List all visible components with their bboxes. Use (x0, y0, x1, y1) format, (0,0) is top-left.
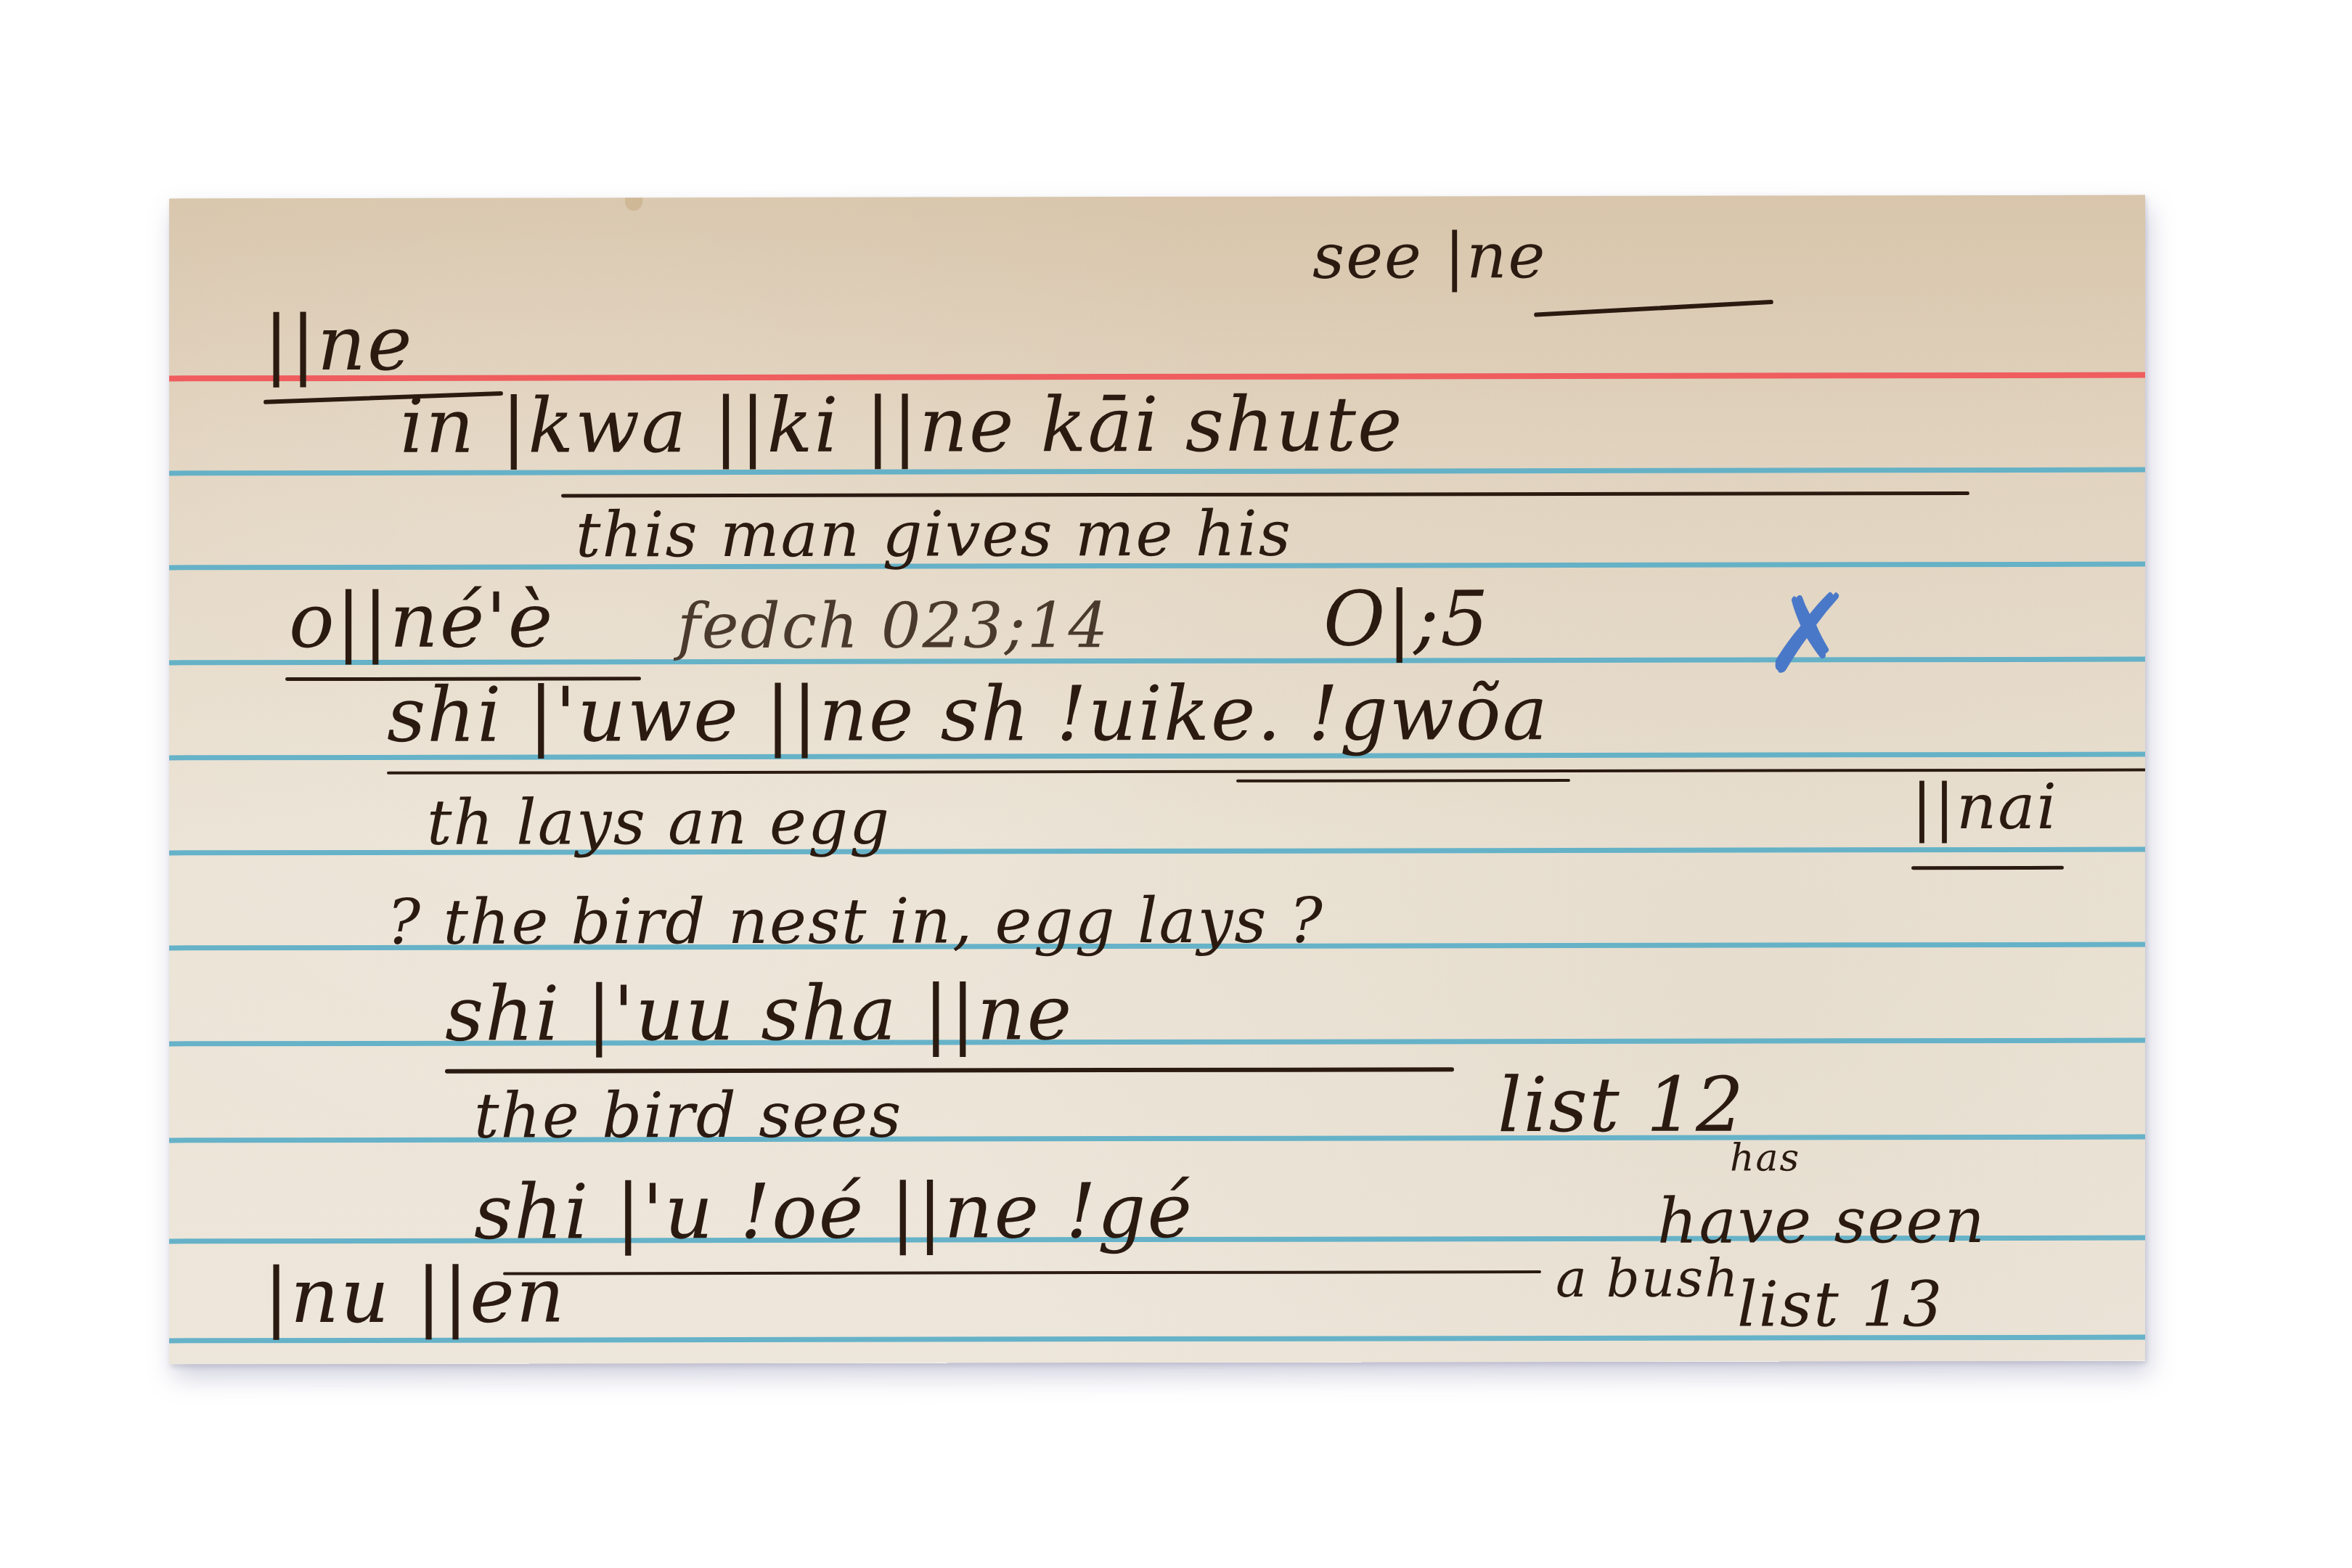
entry-line-5-side: ||nai (1911, 776, 2058, 838)
entry-line-9-underline (503, 1270, 1541, 1275)
entry-line-6: ? the bird nest in, egg lays ? (387, 890, 1324, 954)
index-card: see |ne ||ne in |kwa ||ki ||ne kāi shute… (169, 195, 2145, 1365)
cross-reference: see |ne (1312, 225, 1547, 288)
cross-reference-underline (1534, 300, 1773, 317)
entry-line-9: shi |'u !oé ||ne !gé (474, 1173, 1193, 1250)
entry-line-10: |nu ||en (264, 1257, 566, 1334)
entry-line-10-gloss: a bush (1556, 1252, 1740, 1304)
entry-line-9-translation: have seen (1657, 1190, 1986, 1253)
card-notch (625, 197, 642, 211)
entry-line-5-side-underline (1911, 866, 2064, 870)
entry-line-4-underline (387, 768, 2145, 774)
entry-line-10-ref: list 13 (1737, 1273, 1943, 1336)
entry-line-2: this man gives me his (576, 503, 1292, 567)
entry-line-1-underline (561, 491, 1969, 497)
entry-line-4: shi |'uwe ||ne sh !uike. !gwõa (387, 675, 1549, 753)
entry-line-9-superscript: has (1730, 1139, 1800, 1177)
entry-line-3-ref: O|;5 (1323, 581, 1490, 656)
blue-x-mark: ✗ (1763, 580, 1854, 689)
blue-rule (169, 1135, 2145, 1143)
entry-line-7-underline (445, 1067, 1454, 1073)
entry-line-8: the bird sees (474, 1085, 902, 1148)
entry-line-3-note: fedch 023;14 (677, 595, 1109, 658)
entry-line-1: in |kwa ||ki ||ne kāi shute (400, 386, 1404, 463)
entry-line-4-underline-2 (1236, 779, 1570, 783)
entry-line-3-word: o||né'è (289, 582, 554, 658)
entry-line-5: th lays an egg (427, 791, 891, 854)
entry-line-7: shi |'uu sha ||ne (445, 975, 1073, 1052)
entry-line-8-ref: list 12 (1498, 1067, 1745, 1143)
header-word: ||ne (264, 306, 414, 381)
